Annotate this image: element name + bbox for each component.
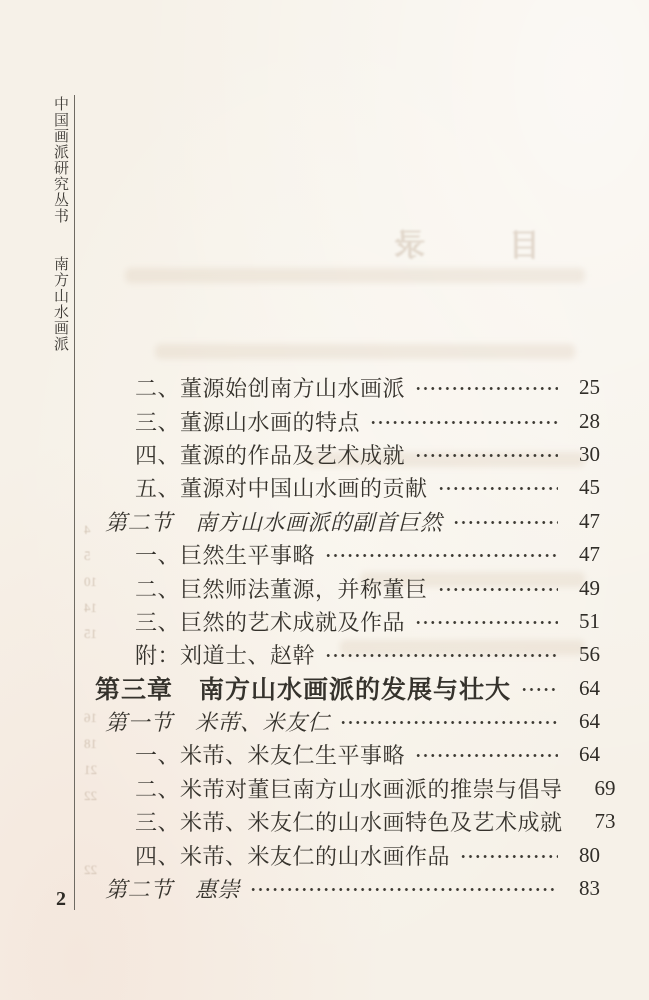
toc-entry: 三、巨然的艺术成就及作品 51 (95, 605, 600, 638)
toc-entry-page-number: 64 (564, 742, 600, 767)
toc-entry-page-number: 28 (564, 409, 600, 434)
toc-entry-page-number: 25 (564, 375, 600, 400)
toc-leader-dots (416, 618, 558, 627)
toc-entry-title: 第一节 米芾、米友仁 (105, 706, 330, 737)
toc-leader-dots (416, 384, 558, 393)
bleedthrough-smudge (155, 344, 575, 359)
toc-entry-page-number: 69 (580, 776, 616, 801)
toc-entry: 一、米芾、米友仁生平事略 64 (95, 738, 600, 771)
toc-leader-dots (416, 751, 558, 760)
toc-leader-dots (454, 518, 558, 527)
toc-entry: 三、米芾、米友仁的山水画特色及艺术成就 73 (95, 805, 600, 838)
volume-title: 南方山水画派 (50, 256, 71, 352)
toc-entry-title: 第二节 惠崇 (105, 873, 240, 904)
toc-entry-title: 二、董源始创南方山水画派 (135, 372, 405, 403)
bleedthrough-number: 4 (84, 522, 91, 538)
bleedthrough-number: 5 (84, 548, 91, 564)
toc-entry-page-number: 64 (564, 709, 600, 734)
toc-entry-title: 一、米芾、米友仁生平事略 (135, 739, 405, 770)
toc-leader-dots (439, 585, 558, 594)
toc-entry-page-number: 45 (564, 475, 600, 500)
toc-entry: 二、董源始创南方山水画派 25 (95, 371, 600, 404)
toc-entry-page-number: 83 (564, 876, 600, 901)
toc-entry-title: 第二节 南方山水画派的副首巨然 (105, 506, 443, 537)
toc-leader-dots (251, 885, 558, 894)
toc-entry-title: 二、巨然师法董源，并称董巨 (135, 573, 428, 604)
toc-entry-page-number: 80 (564, 843, 600, 868)
toc-entry-title: 附：刘道士、赵幹 (135, 639, 315, 670)
bleedthrough-smudge (125, 268, 585, 283)
toc-entry: 三、董源山水画的特点 28 (95, 404, 600, 437)
toc-leader-dots (439, 484, 558, 493)
toc-leader-dots (371, 418, 558, 427)
toc-entry: 四、董源的作品及艺术成就 30 (95, 438, 600, 471)
toc-entry-page-number: 49 (564, 576, 600, 601)
margin-rule-line (74, 95, 75, 910)
toc-leader-dots (416, 451, 558, 460)
toc-entry: 附：刘道士、赵幹 56 (95, 638, 600, 671)
toc-entry-title: 三、巨然的艺术成就及作品 (135, 606, 405, 637)
toc-entry-page-number: 56 (564, 642, 600, 667)
toc-entry: 第三章 南方山水画派的发展与壮大 64 (95, 672, 600, 705)
toc-entry-title: 三、米芾、米友仁的山水画特色及艺术成就 (135, 806, 563, 837)
toc-entry-title: 第三章 南方山水画派的发展与壮大 (95, 670, 511, 706)
toc-entry: 二、米芾对董巨南方山水画派的推崇与倡导 69 (95, 772, 600, 805)
toc-entry: 五、董源对中国山水画的贡献 45 (95, 471, 600, 504)
toc-entry: 第一节 米芾、米友仁 64 (95, 705, 600, 738)
toc-list: 二、董源始创南方山水画派 25 三、董源山水画的特点 28 四、董源的作品及艺术… (95, 371, 600, 905)
toc-entry-title: 四、董源的作品及艺术成就 (135, 439, 405, 470)
toc-entry: 四、米芾、米友仁的山水画作品 80 (95, 838, 600, 871)
toc-entry-title: 一、巨然生平事略 (135, 539, 315, 570)
toc-leader-dots (326, 651, 558, 660)
folio-page-number: 2 (56, 888, 66, 911)
toc-entry-title: 五、董源对中国山水画的贡献 (135, 472, 428, 503)
toc-leader-dots (522, 685, 558, 694)
toc-entry-page-number: 73 (580, 809, 616, 834)
toc-entry-title: 四、米芾、米友仁的山水画作品 (135, 840, 450, 871)
toc-entry-page-number: 64 (564, 676, 600, 701)
book-page-scan: 目 录 451014151618212222 中国画派研究丛书 南方山水画派 2… (0, 0, 649, 1000)
toc-entry-page-number: 47 (564, 542, 600, 567)
toc-entry-page-number: 30 (564, 442, 600, 467)
toc-entry-title: 三、董源山水画的特点 (135, 406, 360, 437)
toc-entry-title: 二、米芾对董巨南方山水画派的推崇与倡导 (135, 773, 563, 804)
series-title: 中国画派研究丛书 (50, 96, 71, 224)
bleedthrough-title: 目 录 (408, 220, 578, 265)
toc-entry-page-number: 51 (564, 609, 600, 634)
toc-entry: 一、巨然生平事略 47 (95, 538, 600, 571)
toc-leader-dots (341, 718, 558, 727)
toc-entry: 二、巨然师法董源，并称董巨 49 (95, 571, 600, 604)
toc-leader-dots (326, 551, 558, 560)
toc-entry: 第二节 惠崇 83 (95, 872, 600, 905)
toc-leader-dots (461, 852, 558, 861)
toc-entry: 第二节 南方山水画派的副首巨然 47 (95, 505, 600, 538)
toc-entry-page-number: 47 (564, 509, 600, 534)
